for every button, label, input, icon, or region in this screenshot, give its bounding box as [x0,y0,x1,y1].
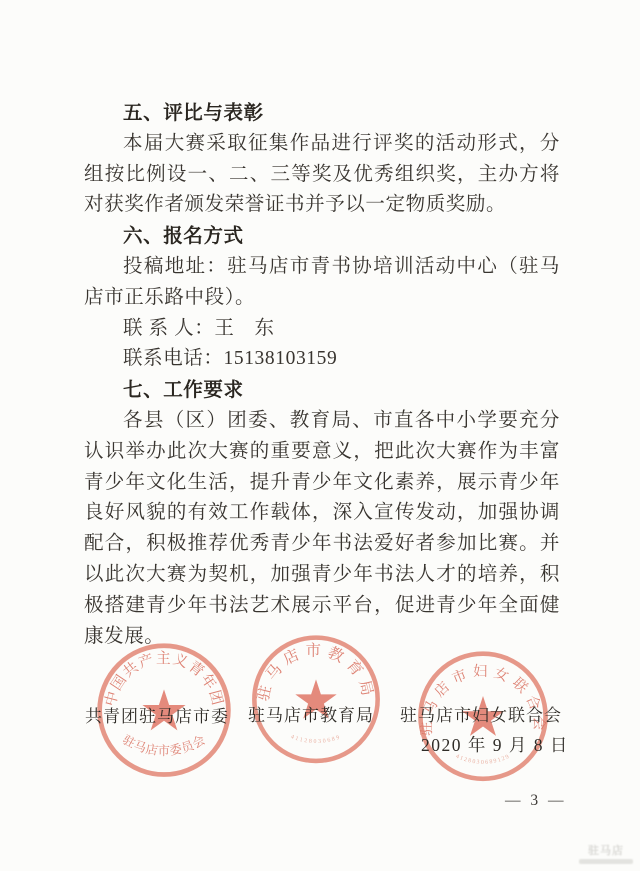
seal-code-text: 41128030689 [290,734,342,745]
section-registration: 六、报名方式 投稿地址：驻马店市青书协培训活动中心（驻马店市正乐路中段）。 联 … [84,221,560,375]
watermark-subline [579,859,633,864]
section-awards: 五、评比与表彰 本届大赛采取征集作品进行评奖的活动形式，分组按比例设一、二、三等… [84,98,560,221]
document-date: 2020 年 9 月 8 日 [421,732,569,757]
page-number: — 3 — [505,792,567,810]
document-body: 五、评比与表彰 本届大赛采取征集作品进行评奖的活动形式，分组按比例设一、二、三等… [84,98,560,652]
seal-bottom-text: 驻马店市委员会 [120,733,208,758]
section-heading-work-requirements: 七、工作要求 [84,375,560,406]
paragraph-work-requirements: 各县（区）团委、教育局、市直各中小学要充分认识举办此次大赛的重要意义，把此次大赛… [84,406,560,652]
site-watermark: 驻马店 [579,842,633,864]
section-heading-awards: 五、评比与表彰 [84,98,560,129]
signature-org-education-bureau: 驻马店市教育局 [248,701,374,726]
paragraph-submission-address: 投稿地址：驻马店市青书协培训活动中心（驻马店市正乐路中段）。 [84,252,560,314]
watermark-text: 驻马店 [579,842,633,858]
section-work-requirements: 七、工作要求 各县（区）团委、教育局、市直各中小学要充分认识举办此次大赛的重要意… [84,375,560,652]
paragraph-awards: 本届大赛采取征集作品进行评奖的活动形式，分组按比例设一、二、三等奖及优秀组织奖，… [84,129,560,221]
section-heading-registration: 六、报名方式 [84,221,560,252]
paragraph-contact-person: 联 系 人：王 东 [84,314,560,345]
document-page: 五、评比与表彰 本届大赛采取征集作品进行评奖的活动形式，分组按比例设一、二、三等… [0,0,640,871]
svg-text:41128030689: 41128030689 [290,734,342,745]
signature-org-womens-federation: 驻马店市妇女联合会 [400,701,562,726]
signature-org-youth-league: 共青团驻马店市委 [85,702,229,727]
paragraph-contact-phone: 联系电话：15138103159 [84,344,560,375]
svg-text:驻马店市委员会: 驻马店市委员会 [120,733,208,758]
